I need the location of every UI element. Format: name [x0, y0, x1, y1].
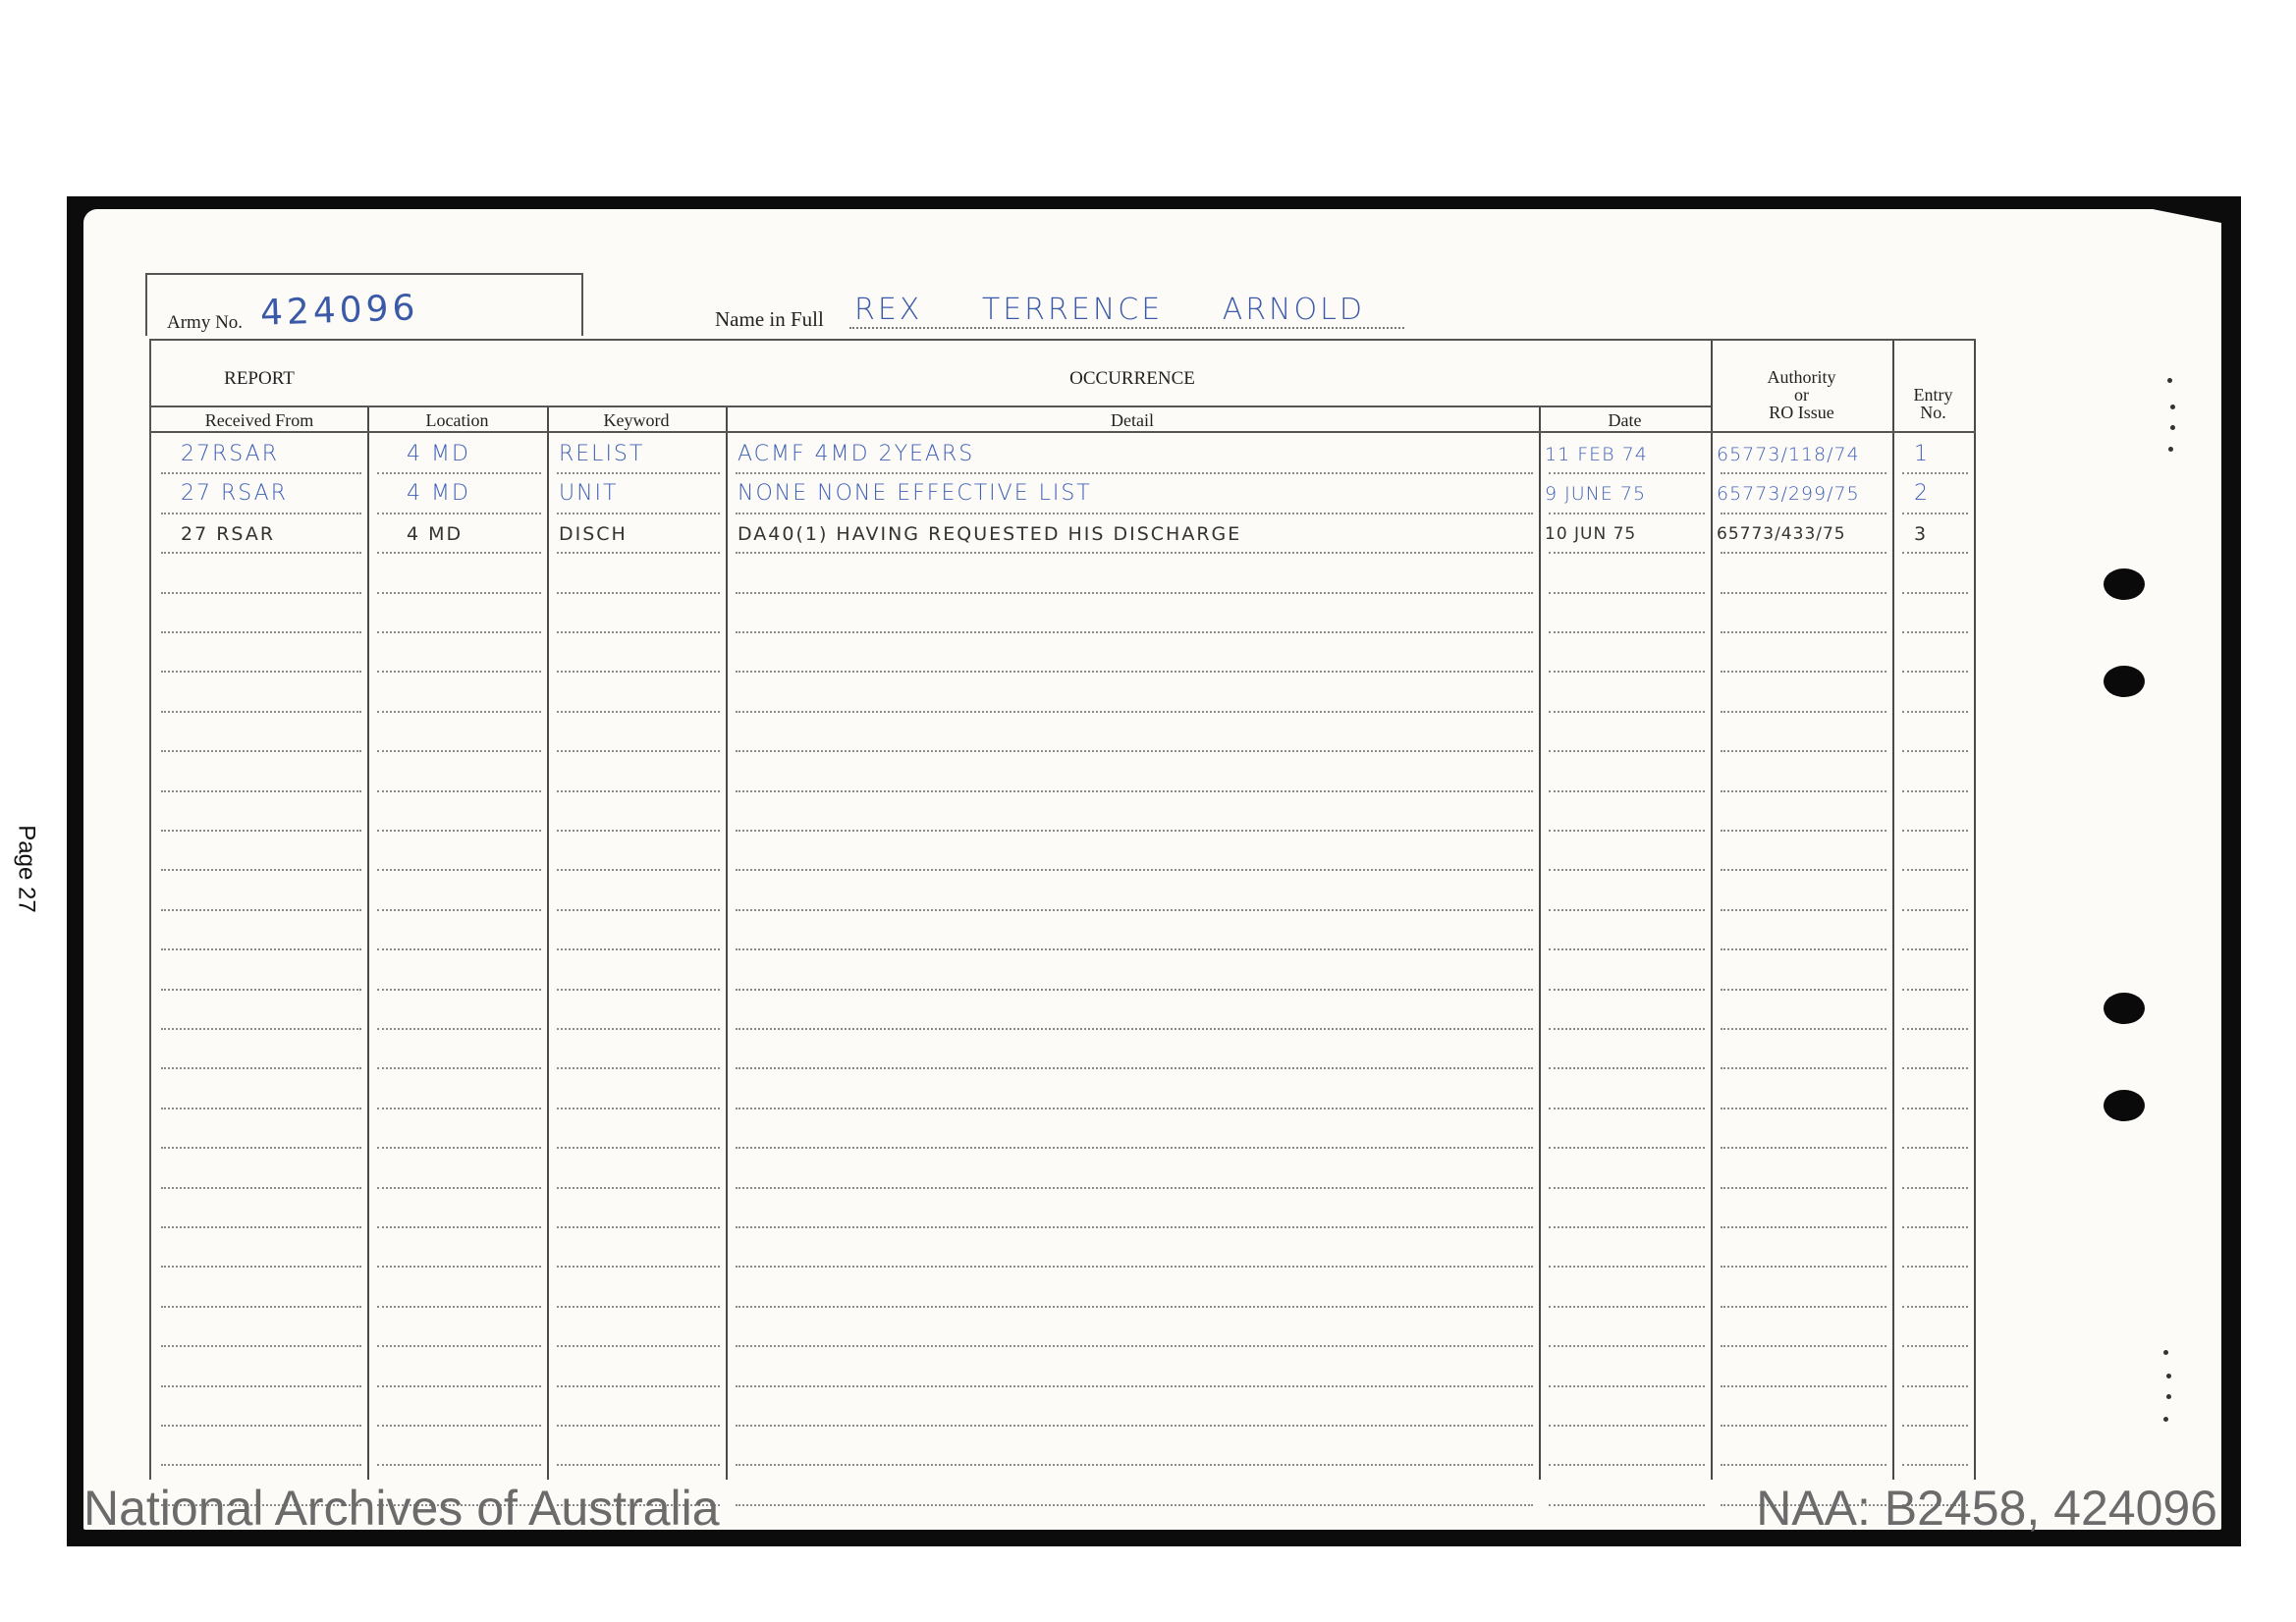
- ruled-line: [377, 1306, 541, 1308]
- ruled-line: [1902, 711, 1968, 713]
- ruled-line: [377, 1187, 541, 1189]
- staple-mark-icon: [2166, 1374, 2171, 1379]
- ruled-line: [1902, 1067, 1968, 1069]
- ruled-line: [736, 830, 1533, 832]
- ruled-line: [1902, 1226, 1968, 1228]
- ruled-line: [161, 989, 361, 991]
- ruled-line: [557, 711, 720, 713]
- cell-detail: DA40(1) HAVING REQUESTED HIS DISCHARGE: [738, 514, 1241, 554]
- ruled-line: [736, 1067, 1533, 1069]
- cell-date: 11 FEB 74: [1545, 435, 1648, 474]
- ruled-line: [1902, 1187, 1968, 1189]
- ruled-line: [1549, 1504, 1705, 1506]
- ruled-line: [1721, 790, 1886, 792]
- army-number-label: Army No.: [167, 312, 243, 334]
- ruled-line: [736, 1345, 1533, 1347]
- cell-authority: 65773/118/74: [1717, 435, 1860, 474]
- ruled-line: [377, 1147, 541, 1149]
- ruled-line: [161, 1464, 361, 1466]
- ruled-line: [377, 948, 541, 950]
- service-record-table: REPORT OCCURRENCE Authority or RO Issue …: [149, 339, 1976, 1480]
- ruled-line: [1549, 909, 1705, 911]
- cell-keyword: DISCH: [559, 514, 628, 554]
- ruled-line: [1549, 631, 1705, 633]
- ruled-line: [736, 592, 1533, 594]
- ruled-line: [1902, 909, 1968, 911]
- ruled-line: [1549, 711, 1705, 713]
- column-header-received-from: Received From: [151, 411, 367, 429]
- ruled-line: [736, 671, 1533, 673]
- ruled-line: [377, 989, 541, 991]
- ruled-line: [377, 750, 541, 752]
- cell-date: 9 JUNE 75: [1545, 474, 1646, 514]
- ruled-line: [557, 830, 720, 832]
- header-rule: [151, 405, 1711, 407]
- column-header-detail: Detail: [726, 411, 1539, 429]
- ruled-line: [1549, 1187, 1705, 1189]
- ruled-line: [377, 1345, 541, 1347]
- ruled-line: [161, 592, 361, 594]
- ruled-line: [161, 790, 361, 792]
- ruled-line: [1549, 1385, 1705, 1387]
- cell-keyword: UNIT: [559, 474, 619, 514]
- ruled-line: [161, 869, 361, 871]
- cell-location: 4 MD: [407, 474, 470, 514]
- ruled-line: [1721, 750, 1886, 752]
- ruled-line: [1721, 1306, 1886, 1308]
- ruled-line: [557, 671, 720, 673]
- punch-hole-icon: [2104, 666, 2145, 697]
- cell-detail: ACMF 4MD 2YEARS: [738, 435, 974, 474]
- ruled-line: [1549, 1067, 1705, 1069]
- ruled-line: [736, 1504, 1533, 1506]
- ruled-line: [377, 631, 541, 633]
- ruled-line: [1902, 1385, 1968, 1387]
- cell-date: 10 JUN 75: [1545, 514, 1636, 554]
- staple-mark-icon: [2167, 378, 2172, 383]
- ruled-line: [1721, 1187, 1886, 1189]
- ruled-line: [736, 1147, 1533, 1149]
- ruled-line: [377, 1425, 541, 1427]
- ruled-line: [736, 711, 1533, 713]
- ruled-line: [1721, 1266, 1886, 1268]
- ruled-line: [1721, 1067, 1886, 1069]
- ruled-line: [161, 1385, 361, 1387]
- ruled-line: [557, 1226, 720, 1228]
- army-number-field: Army No. 424096: [145, 273, 583, 336]
- cell-location: 4 MD: [407, 435, 470, 474]
- ruled-line: [1721, 1464, 1886, 1466]
- name-in-full-value: REX TERRENCE ARNOLD: [854, 293, 1365, 327]
- ruled-line: [557, 1147, 720, 1149]
- ruled-line: [377, 592, 541, 594]
- ruled-line: [377, 711, 541, 713]
- authority-header: Authority or RO Issue: [1711, 368, 1892, 421]
- authority-header-line: RO Issue: [1711, 404, 1892, 421]
- ruled-line: [161, 830, 361, 832]
- ruled-line: [557, 592, 720, 594]
- ruled-line: [557, 1306, 720, 1308]
- ruled-line: [736, 1028, 1533, 1030]
- ruled-line: [1902, 472, 1968, 474]
- ruled-line: [1549, 790, 1705, 792]
- ruled-line: [736, 989, 1533, 991]
- ruled-line: [161, 1108, 361, 1109]
- ruled-line: [377, 790, 541, 792]
- ruled-line: [377, 909, 541, 911]
- ruled-line: [557, 989, 720, 991]
- ruled-line: [736, 948, 1533, 950]
- ruled-line: [1902, 1345, 1968, 1347]
- ruled-line: [1902, 1425, 1968, 1427]
- ruled-line: [557, 1345, 720, 1347]
- ruled-line: [736, 1266, 1533, 1268]
- ruled-line: [736, 1385, 1533, 1387]
- ruled-line: [1902, 989, 1968, 991]
- staple-mark-icon: [2163, 1417, 2168, 1422]
- ruled-line: [1549, 1226, 1705, 1228]
- column-divider: [1539, 405, 1541, 1480]
- ruled-line: [161, 1306, 361, 1308]
- entry-header-line: Entry: [1892, 386, 1974, 404]
- ruled-line: [557, 790, 720, 792]
- army-number-value: 424096: [259, 288, 419, 334]
- ruled-line: [161, 1345, 361, 1347]
- ruled-line: [161, 1067, 361, 1069]
- authority-header-line: or: [1711, 386, 1892, 404]
- ruled-line: [377, 1067, 541, 1069]
- ruled-line: [1549, 830, 1705, 832]
- ruled-line: [1549, 1266, 1705, 1268]
- ruled-line: [1902, 1147, 1968, 1149]
- column-divider: [1974, 341, 1976, 1480]
- ruled-line: [161, 1147, 361, 1149]
- ruled-line: [557, 1187, 720, 1189]
- ruled-line: [557, 1028, 720, 1030]
- ruled-line: [1549, 869, 1705, 871]
- ruled-line: [557, 948, 720, 950]
- punch-hole-icon: [2104, 568, 2145, 600]
- ruled-line: [1721, 1226, 1886, 1228]
- occurrence-header: OCCURRENCE: [726, 370, 1539, 388]
- page-label: Page 27: [12, 815, 41, 923]
- ruled-line: [1549, 1425, 1705, 1427]
- ruled-line: [557, 1108, 720, 1109]
- ruled-line: [1549, 1306, 1705, 1308]
- cell-received-from: 27RSAR: [181, 435, 279, 474]
- ruled-line: [557, 869, 720, 871]
- ruled-line: [1549, 671, 1705, 673]
- punch-hole-icon: [2104, 1090, 2145, 1121]
- ruled-line: [736, 631, 1533, 633]
- ruled-line: [1549, 1464, 1705, 1466]
- ruled-line: [1721, 909, 1886, 911]
- name-underline: [849, 327, 1404, 329]
- ruled-line: [1721, 1425, 1886, 1427]
- ruled-line: [736, 869, 1533, 871]
- ruled-line: [1902, 1266, 1968, 1268]
- ruled-line: [1902, 1108, 1968, 1109]
- cell-authority: 65773/299/75: [1717, 474, 1860, 514]
- ruled-line: [557, 631, 720, 633]
- ruled-line: [377, 1385, 541, 1387]
- entry-no-header: Entry No.: [1892, 386, 1974, 421]
- cell-entry-no: 1: [1914, 435, 1930, 474]
- ruled-line: [1902, 948, 1968, 950]
- staple-mark-icon: [2166, 1394, 2171, 1399]
- ruled-line: [1902, 830, 1968, 832]
- ruled-line: [377, 869, 541, 871]
- cell-location: 4 MD: [407, 514, 463, 554]
- ruled-line: [1902, 1028, 1968, 1030]
- cell-authority: 65773/433/75: [1717, 514, 1846, 554]
- ruled-line: [377, 1028, 541, 1030]
- ruled-line: [1721, 711, 1886, 713]
- ruled-line: [1902, 552, 1968, 554]
- ruled-line: [1549, 1345, 1705, 1347]
- ruled-line: [1902, 631, 1968, 633]
- cell-detail: NONE NONE EFFECTIVE LIST: [738, 474, 1092, 514]
- column-divider: [547, 405, 549, 1480]
- ruled-line: [161, 1226, 361, 1228]
- ruled-line: [161, 631, 361, 633]
- ruled-line: [161, 1266, 361, 1268]
- archive-watermark: National Archives of Australia: [83, 1479, 720, 1538]
- ruled-line: [1549, 592, 1705, 594]
- ruled-line: [557, 750, 720, 752]
- cell-keyword: RELIST: [559, 435, 644, 474]
- ruled-line: [557, 1067, 720, 1069]
- ruled-line: [736, 1108, 1533, 1109]
- ruled-line: [1902, 1306, 1968, 1308]
- ruled-line: [377, 1108, 541, 1109]
- column-divider: [1892, 341, 1894, 1480]
- column-header-location: Location: [367, 411, 547, 429]
- ruled-line: [377, 671, 541, 673]
- ruled-line: [1721, 1108, 1886, 1109]
- ruled-line: [1721, 592, 1886, 594]
- ruled-line: [1549, 948, 1705, 950]
- column-header-keyword: Keyword: [547, 411, 726, 429]
- ruled-line: [1721, 1147, 1886, 1149]
- ruled-line: [377, 830, 541, 832]
- ruled-line: [161, 1187, 361, 1189]
- ruled-line: [377, 1464, 541, 1466]
- ruled-line: [161, 671, 361, 673]
- ruled-line: [1902, 592, 1968, 594]
- ruled-line: [736, 909, 1533, 911]
- ruled-line: [1721, 631, 1886, 633]
- ruled-line: [1549, 1108, 1705, 1109]
- ruled-line: [1902, 869, 1968, 871]
- ruled-line: [1721, 1345, 1886, 1347]
- punch-hole-icon: [2104, 993, 2145, 1024]
- cell-entry-no: 2: [1914, 474, 1930, 514]
- ruled-line: [161, 948, 361, 950]
- ruled-line: [736, 1464, 1533, 1466]
- cell-received-from: 27 RSAR: [181, 474, 288, 514]
- ruled-line: [557, 1425, 720, 1427]
- ruled-line: [377, 1266, 541, 1268]
- ruled-line: [161, 1028, 361, 1030]
- ruled-line: [736, 1226, 1533, 1228]
- staple-mark-icon: [2170, 405, 2175, 409]
- ruled-line: [557, 1385, 720, 1387]
- column-divider: [1711, 341, 1713, 1480]
- authority-header-line: Authority: [1711, 368, 1892, 386]
- ruled-line: [377, 1226, 541, 1228]
- name-in-full-label: Name in Full: [715, 307, 824, 332]
- ruled-line: [1549, 989, 1705, 991]
- ruled-line: [161, 1425, 361, 1427]
- ruled-line: [1721, 1385, 1886, 1387]
- page-number-text: Page 27: [13, 825, 40, 912]
- entry-header-line: No.: [1892, 404, 1974, 421]
- ruled-line: [161, 909, 361, 911]
- ruled-line: [1902, 750, 1968, 752]
- ruled-line: [557, 1464, 720, 1466]
- ruled-line: [1721, 1028, 1886, 1030]
- staple-mark-icon: [2163, 1350, 2168, 1355]
- ruled-line: [161, 711, 361, 713]
- column-divider: [726, 405, 728, 1480]
- ruled-line: [1721, 948, 1886, 950]
- ruled-line: [736, 1187, 1533, 1189]
- column-divider: [367, 405, 369, 1480]
- ruled-line: [736, 750, 1533, 752]
- staple-mark-icon: [2170, 425, 2175, 430]
- ruled-line: [1549, 1028, 1705, 1030]
- ruled-line: [1549, 1147, 1705, 1149]
- ruled-line: [1721, 671, 1886, 673]
- ruled-line: [1721, 989, 1886, 991]
- ruled-line: [1549, 750, 1705, 752]
- ruled-line: [736, 1425, 1533, 1427]
- ruled-line: [161, 750, 361, 752]
- ruled-line: [736, 790, 1533, 792]
- ruled-line: [1902, 790, 1968, 792]
- ruled-line: [736, 1306, 1533, 1308]
- cell-entry-no: 3: [1914, 514, 1928, 554]
- column-header-date: Date: [1539, 411, 1711, 429]
- ruled-line: [557, 1266, 720, 1268]
- ruled-line: [1721, 830, 1886, 832]
- report-header: REPORT: [151, 370, 367, 388]
- ruled-line: [557, 909, 720, 911]
- ruled-line: [1902, 1464, 1968, 1466]
- header-rule: [151, 431, 1976, 433]
- staple-mark-icon: [2168, 447, 2173, 452]
- ruled-line: [1902, 513, 1968, 514]
- ruled-line: [1721, 869, 1886, 871]
- ruled-line: [1902, 671, 1968, 673]
- citation-watermark: NAA: B2458, 424096: [1756, 1479, 2217, 1538]
- cell-received-from: 27 RSAR: [181, 514, 275, 554]
